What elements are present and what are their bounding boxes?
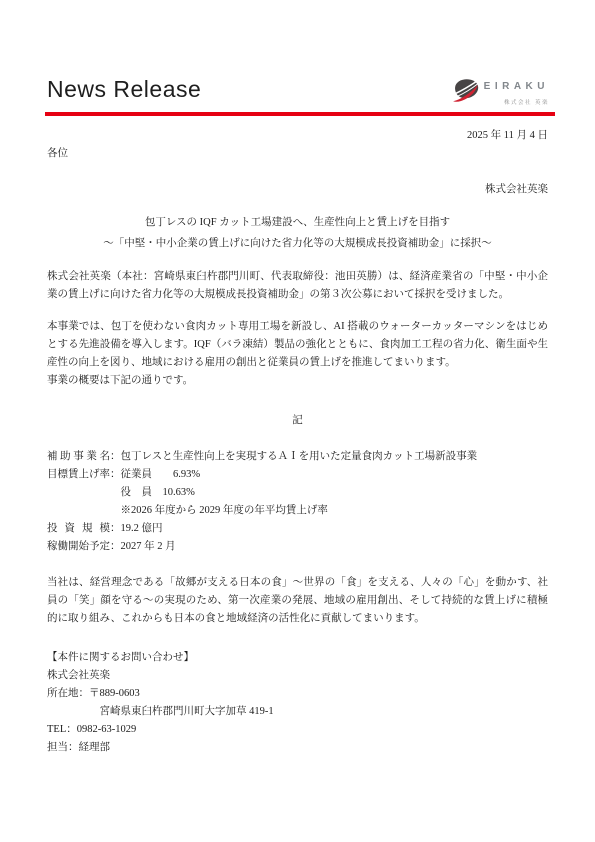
contact-address-line2: 宮崎県東臼杵郡門川町大字加草 419-1: [47, 703, 548, 721]
detail-value: 従業員 6.93%: [121, 469, 201, 480]
detail-value: 2027 年 2 月: [121, 541, 176, 552]
paragraph-adoption: 株式会社英楽（本社：宮崎県東臼杵郡門川町、代表取締役：池田英勝）は、経済産業省の…: [47, 268, 548, 304]
paragraph-project: 本事業では、包丁を使わない食肉カット専用工場を新設し、AI 搭載のウォーターカッ…: [47, 318, 548, 372]
date: 2025 年 11 月 4 日: [47, 127, 548, 145]
eiraku-swoosh-icon: [453, 78, 480, 104]
detail-wage-target-employee: 目標賃上げ率：従業員 6.93%: [47, 466, 548, 484]
document-body: 2025 年 11 月 4 日 各位 株式会社英楽 包丁レスの IQF カット工…: [47, 127, 548, 757]
contact-person: 担当：経理部: [47, 739, 548, 757]
ki-marker: 記: [47, 412, 548, 430]
detail-separator: ：: [110, 451, 121, 462]
contact-tel: TEL：0982-63-1029: [47, 721, 548, 739]
contact-company: 株式会社英楽: [47, 667, 548, 685]
detail-wage-note: ※2026 年度から 2029 年度の年平均賃上げ率: [47, 502, 548, 520]
detail-label: 投資規模: [47, 520, 110, 538]
press-release-page: News Release EIRAKU 株式会社 英楽 2025 年 11 月 …: [0, 0, 595, 842]
detail-label: 補助事業名: [47, 448, 110, 466]
sender-company: 株式会社英楽: [47, 181, 548, 199]
contact-heading: 【本件に関するお問い合わせ】: [47, 649, 548, 667]
project-details: 補助事業名：包丁レスと生産性向上を実現するＡＩを用いた定量食肉カット工場新設事業…: [47, 448, 548, 556]
detail-label: 目標賃上げ率: [47, 466, 110, 484]
detail-value: 19.2 億円: [121, 523, 163, 534]
detail-value: 包丁レスと生産性向上を実現するＡＩを用いた定量食肉カット工場新設事業: [121, 451, 478, 462]
detail-wage-target-officer: 役 員 10.63%: [47, 484, 548, 502]
contact-block: 【本件に関するお問い合わせ】 株式会社英楽 所在地：〒889-0603 宮崎県東…: [47, 649, 548, 757]
detail-investment-scale: 投資規模：19.2 億円: [47, 520, 548, 538]
detail-separator: ：: [110, 523, 121, 534]
contact-address-line1: 所在地：〒889-0603: [47, 685, 548, 703]
detail-separator: ：: [110, 541, 121, 552]
logo-wordmark: EIRAKU: [484, 81, 549, 92]
paragraph-outline-intro: 事業の概要は下記の通りです。: [47, 372, 548, 390]
logo-text: EIRAKU 株式会社 英楽: [484, 78, 549, 112]
detail-separator: ：: [110, 469, 121, 480]
paragraph-philosophy: 当社は、経営理念である「故郷が支える日本の食」～世界の「食」を支える、人々の「心…: [47, 574, 548, 628]
news-release-title: News Release: [47, 76, 201, 103]
detail-label: 稼働開始予定: [47, 538, 110, 556]
detail-operation-start: 稼働開始予定：2027 年 2 月: [47, 538, 548, 556]
detail-project-name: 補助事業名：包丁レスと生産性向上を実現するＡＩを用いた定量食肉カット工場新設事業: [47, 448, 548, 466]
detail-value: ※2026 年度から 2029 年度の年平均賃上げ率: [110, 505, 328, 516]
detail-value: 役 員 10.63%: [110, 487, 195, 498]
headline: 包丁レスの IQF カット工場建設へ、生産性向上と賃上げを目指す ～「中堅・中小…: [47, 212, 548, 254]
logo-company-name: 株式会社 英楽: [484, 94, 549, 112]
red-divider: [45, 112, 555, 116]
salutation: 各位: [47, 145, 548, 163]
company-logo: EIRAKU 株式会社 英楽: [453, 78, 549, 112]
